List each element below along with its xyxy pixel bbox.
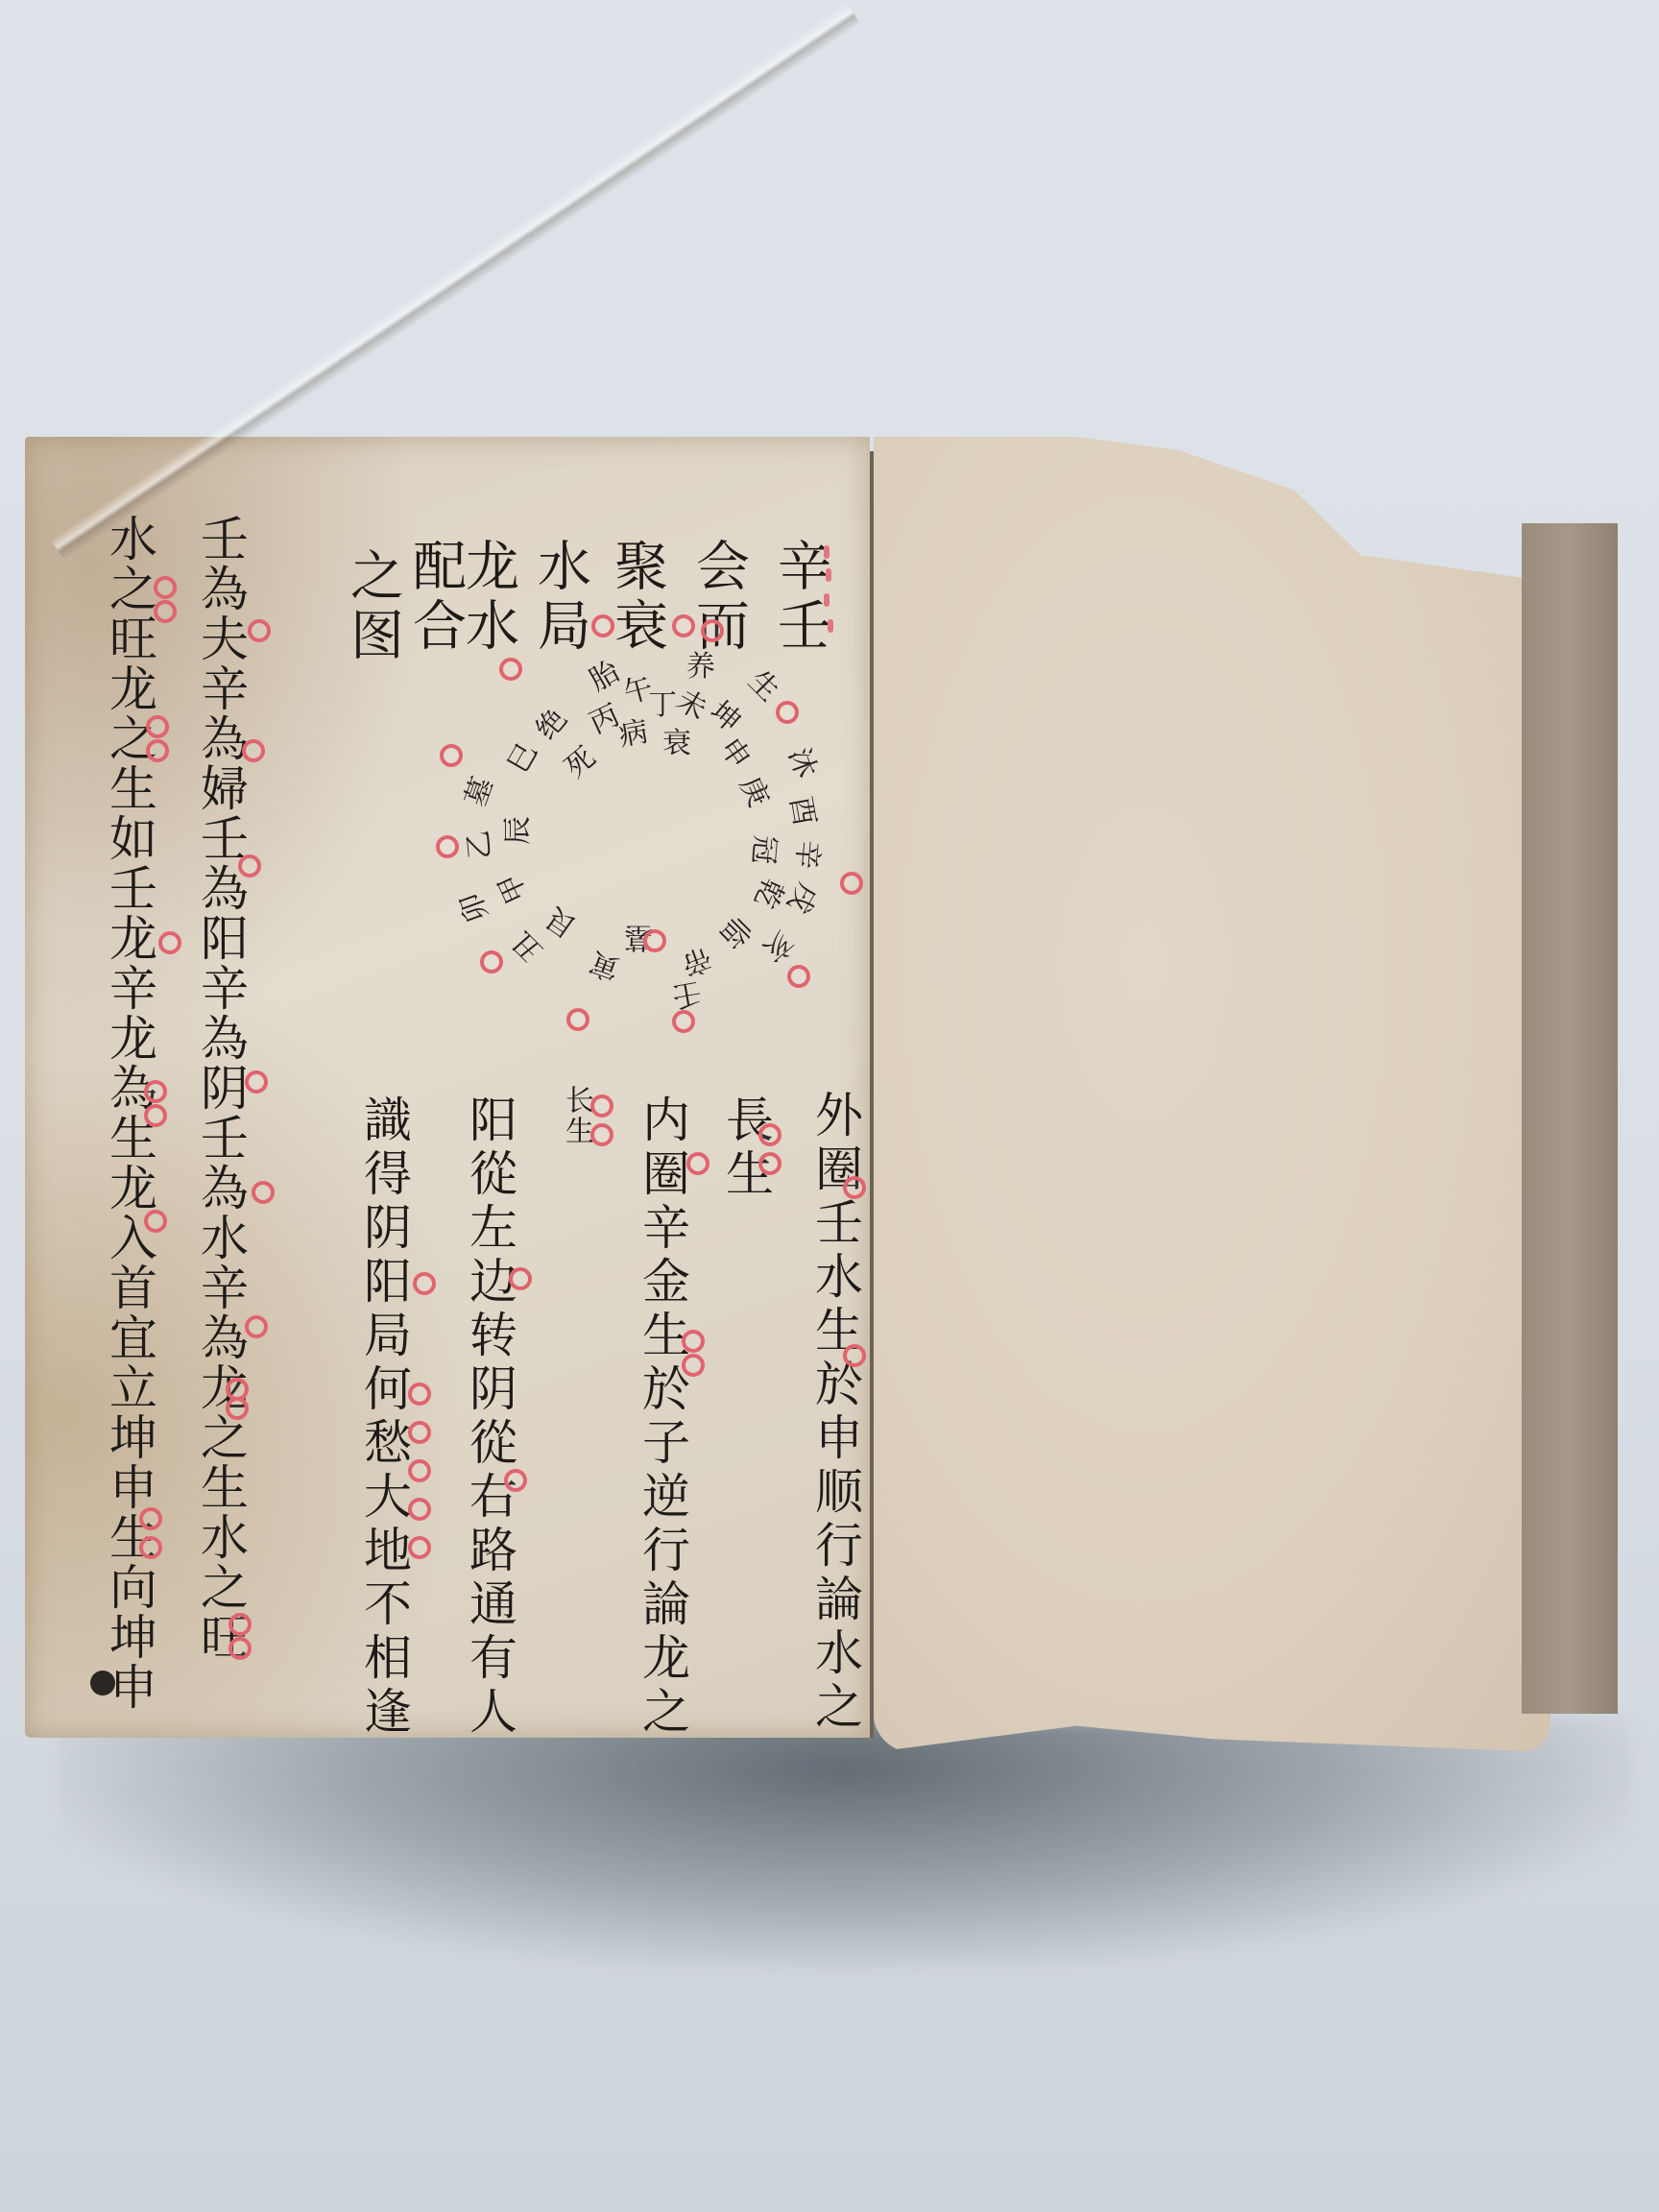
ring-label: 戌 xyxy=(782,878,822,918)
red-circle-mark xyxy=(499,658,522,681)
ring-label: 艮 xyxy=(541,902,582,942)
red-circle-mark xyxy=(843,1176,866,1199)
red-circle-mark xyxy=(413,1272,436,1295)
red-circle-mark xyxy=(226,1397,249,1420)
ring-label: 壬 xyxy=(670,977,704,1011)
red-circle-mark xyxy=(672,1010,695,1033)
red-mark xyxy=(826,568,831,582)
ring-label: 绝 xyxy=(532,705,572,745)
red-circle-mark xyxy=(787,965,810,988)
red-circle-mark xyxy=(758,1152,781,1175)
red-circle-mark xyxy=(238,854,261,878)
text-column-changsheng-2: 长生 xyxy=(562,1085,590,1146)
red-circle-mark xyxy=(144,1210,167,1233)
red-circle-mark xyxy=(139,1536,162,1559)
red-mark xyxy=(828,619,833,633)
red-circle-mark xyxy=(408,1536,431,1559)
red-circle-mark xyxy=(590,1094,613,1118)
red-circle-mark xyxy=(252,1181,275,1204)
red-circle-mark xyxy=(139,1507,162,1530)
ring-label: 临 xyxy=(714,911,755,951)
red-circle-mark xyxy=(701,619,724,642)
red-circle-mark xyxy=(682,1354,705,1377)
red-circle-mark xyxy=(480,950,503,974)
ring-label: 衰 xyxy=(662,730,691,758)
ring-label: 丑 xyxy=(508,926,548,966)
red-circle-mark xyxy=(228,1637,252,1660)
red-circle-mark xyxy=(245,1315,268,1338)
text-column-yang: 阳從左边转阴從右路通有人 xyxy=(466,1094,514,1740)
red-circle-mark xyxy=(440,744,463,767)
red-circle-mark xyxy=(591,614,614,637)
ring-label: 生 xyxy=(743,666,783,707)
red-mark xyxy=(824,593,829,607)
red-circle-mark xyxy=(840,872,863,895)
red-circle-mark xyxy=(843,1344,866,1367)
ring-diagram: 养 丁 未 坤 生 申 庚 沐 酉 辛 冠 乾 戌 临 亥 帝 壬 墓 寅 艮 … xyxy=(432,634,835,1037)
ring-label: 乾 xyxy=(749,874,787,912)
red-circle-mark xyxy=(408,1498,431,1521)
back-cover-strip xyxy=(1522,523,1618,1714)
red-circle-mark xyxy=(758,1123,781,1146)
red-circle-mark xyxy=(686,1152,709,1175)
ring-label: 亥 xyxy=(757,926,798,966)
red-circle-mark xyxy=(144,1080,167,1103)
text-column-inner-ring: 内圈辛金生於子逆行論龙之 xyxy=(638,1094,686,1740)
text-column-margin-1: 壬為夫辛為婦壬為阳辛為阴壬為水辛為龙之生水之旺 xyxy=(197,514,245,1662)
red-circle-mark xyxy=(158,931,181,954)
red-circle-mark xyxy=(408,1459,431,1482)
ring-label: 墓 xyxy=(462,774,498,810)
book-spine xyxy=(870,451,874,1738)
red-circle-mark xyxy=(682,1330,705,1353)
ring-label: 辛 xyxy=(791,839,823,871)
red-circle-mark xyxy=(504,1469,527,1492)
red-circle-mark xyxy=(776,701,799,724)
red-circle-mark xyxy=(146,739,169,762)
red-circle-mark xyxy=(408,1421,431,1444)
red-circle-mark xyxy=(154,600,177,623)
ring-label: 乙 xyxy=(465,829,496,861)
ring-label: 申 xyxy=(714,733,755,774)
red-circle-mark xyxy=(154,576,177,599)
red-circle-mark xyxy=(242,739,265,762)
book-shadow xyxy=(58,1719,1632,1968)
ring-label: 巳 xyxy=(504,739,543,779)
right-page-blank xyxy=(874,437,1551,1752)
ring-label: 病 xyxy=(617,718,651,752)
ring-label: 死 xyxy=(561,743,601,783)
ring-label: 午 xyxy=(621,674,657,709)
red-circle-mark xyxy=(590,1123,613,1146)
text-column-changsheng: 長生 xyxy=(722,1094,770,1202)
ring-label: 辰 xyxy=(504,816,533,845)
ring-label: 甲 xyxy=(494,869,533,907)
ring-label: 卯 xyxy=(457,889,493,926)
red-circle-mark xyxy=(672,614,695,637)
ring-label: 寅 xyxy=(587,947,623,983)
red-circle-mark xyxy=(566,1008,589,1031)
ring-label: 沐 xyxy=(783,745,820,781)
title-column-7: 之图 xyxy=(346,547,399,666)
ring-label: 冠 xyxy=(748,834,780,866)
red-circle-mark xyxy=(509,1267,532,1290)
red-circle-mark xyxy=(248,619,271,642)
red-circle-mark xyxy=(408,1382,431,1406)
ring-label: 帝 xyxy=(678,942,714,978)
red-circle-mark xyxy=(146,715,169,738)
red-circle-mark xyxy=(228,1613,252,1636)
ring-label: 庚 xyxy=(734,773,773,811)
text-column-shi: 識得阴阳局何愁大地不相逢 xyxy=(360,1094,408,1740)
red-circle-mark xyxy=(436,835,459,858)
red-circle-mark xyxy=(643,929,666,952)
red-circle-mark xyxy=(245,1070,268,1094)
ring-label: 胎 xyxy=(586,658,625,697)
ring-label: 养 xyxy=(686,653,715,682)
red-mark xyxy=(824,545,829,559)
ring-label: 酉 xyxy=(785,795,819,829)
red-circle-mark xyxy=(144,1104,167,1127)
